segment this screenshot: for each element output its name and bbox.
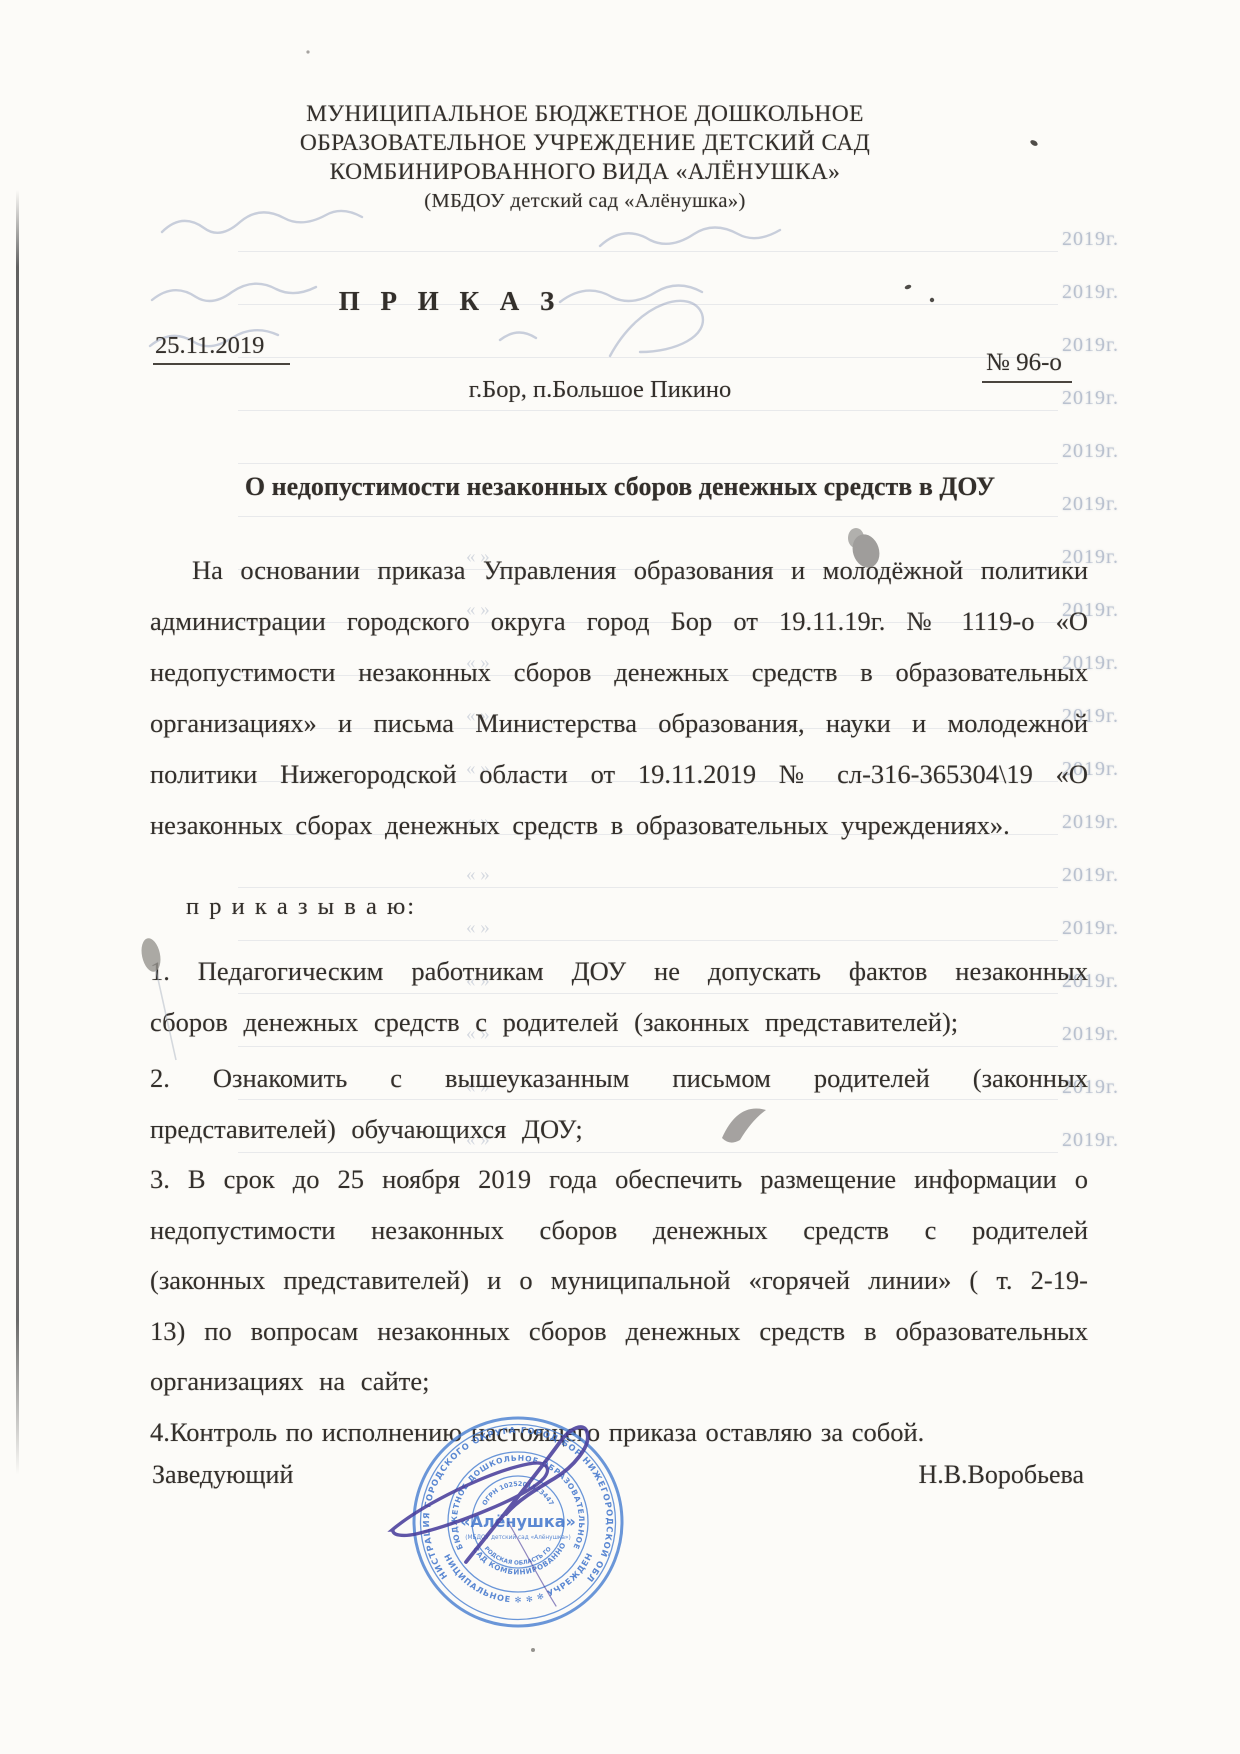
scanned-order-page: 2019г.2019г.2019г.2019г.2019г.2019г.« »2… xyxy=(0,0,1240,1754)
smudge-blob-top xyxy=(848,528,884,571)
smudge-teardrop-left xyxy=(139,937,176,1060)
scan-artifacts xyxy=(0,0,1240,1754)
smudge-arc-middle xyxy=(722,1109,766,1143)
ink-specks xyxy=(306,50,1038,1652)
